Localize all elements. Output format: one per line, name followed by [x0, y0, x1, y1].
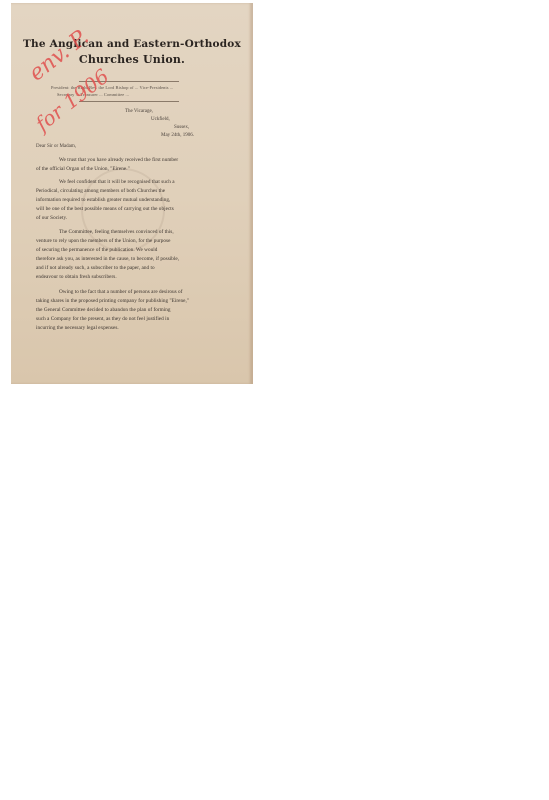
body-line: venture to rely upon the members of the … [36, 238, 221, 244]
body-line: taking shares in the proposed printing c… [36, 298, 221, 304]
body-line: The Committee, feeling themselves convin… [59, 229, 234, 235]
body-line: of securing the permanence of the public… [36, 247, 221, 253]
address-line: Uckfield, [151, 117, 170, 122]
letter-date: May 24th, 1906. [161, 133, 194, 138]
address-line: The Vicarage, [125, 109, 153, 114]
body-line: will be one of the best possible means o… [36, 206, 221, 212]
body-line: incurring the necessary legal expenses. [36, 325, 221, 331]
body-line: Periodical, circulating among members of… [36, 188, 221, 194]
body-line: the General Committee decided to abandon… [36, 307, 221, 313]
body-line: Owing to the fact that a number of perso… [59, 289, 234, 295]
body-line: of our Society. [36, 215, 221, 221]
scanned-letter-page: The Anglican and Eastern-Orthodox Church… [11, 3, 253, 384]
body-line: and if not already such, a subscriber to… [36, 265, 221, 271]
body-line: therefore ask you, as interested in the … [36, 256, 221, 262]
body-line: of the official Organ of the Union, "Eir… [36, 166, 221, 172]
body-line: We trust that you have already received … [59, 157, 234, 163]
body-line: information required to establish greate… [36, 197, 221, 203]
body-line: such a Company for the present, as they … [36, 316, 221, 322]
body-line: We feel confident that it will be recogn… [59, 179, 234, 185]
address-line: Sussex, [174, 125, 189, 130]
divider-bottom [79, 101, 179, 102]
body-line: endeavour to obtain fresh subscribers. [36, 274, 221, 280]
salutation: Dear Sir or Madam, [36, 144, 76, 149]
